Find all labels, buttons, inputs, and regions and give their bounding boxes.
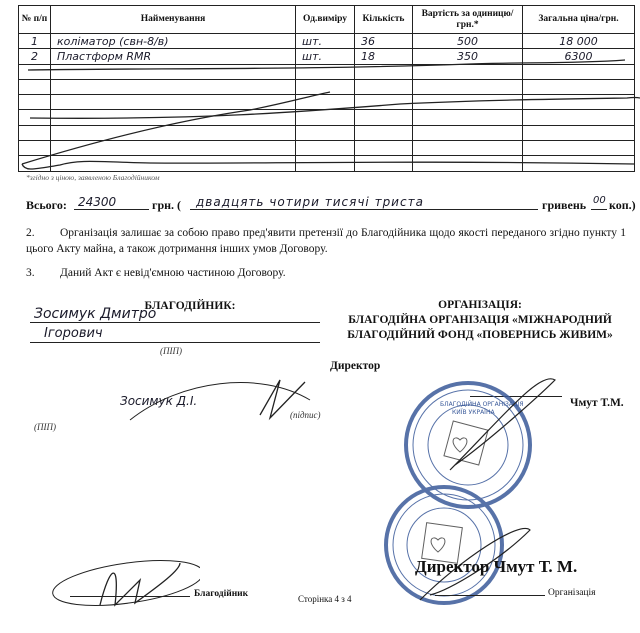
table-row-empty [19,156,635,171]
empty-cell [523,110,635,125]
donor-pib-caption-2: (ПІП) [34,422,56,432]
donor-name-line2: Ігорович [44,326,103,341]
footer-donor-signature [40,555,200,615]
empty-cell [51,95,296,110]
organization-label: Організація [548,588,596,598]
col-header-quantity: Кількість [355,6,413,34]
empty-cell [296,64,355,79]
empty-cell [523,95,635,110]
clause-3: 3.Даний Акт є невід'ємною частиною Догов… [26,265,626,281]
empty-cell [296,79,355,94]
empty-cell [413,141,523,156]
empty-cell [51,79,296,94]
donor-signature-scribble [120,370,320,440]
empty-cell [296,141,355,156]
row-unit: шт. [296,49,355,64]
col-header-total-price: Загальна ціна/грн. [523,6,635,34]
col-header-number: № п/п [19,6,51,34]
row-unit-price: 500 [413,34,523,49]
total-label: Всього: [26,198,67,213]
empty-cell [19,110,51,125]
empty-cell [355,95,413,110]
donor-name-line1: Зосимук Дмитро [34,306,156,322]
row-name: Пластформ RMR [51,49,296,64]
organization-role: Директор [330,360,380,372]
row-name: колімaтор (свн-8/в) [51,34,296,49]
empty-cell [296,110,355,125]
empty-cell [51,110,296,125]
clause-text: Організація залишає за собою право пред'… [26,227,626,255]
table-row-empty [19,95,635,110]
row-number: 1 [19,34,51,49]
empty-cell [19,141,51,156]
empty-cell [413,64,523,79]
clause-number: 2. [26,225,60,241]
empty-cell [19,95,51,110]
empty-cell [355,156,413,171]
empty-cell [413,110,523,125]
empty-cell [523,79,635,94]
table-row: 2 Пластформ RMR шт. 18 350 6300 [19,49,635,64]
organization-name: БЛАГОДІЙНА ОРГАНІЗАЦІЯ «МІЖНАРОДНИЙ БЛАГ… [330,313,630,343]
empty-cell [355,79,413,94]
items-table: № п/п Найменування Од.виміру Кількість В… [18,5,634,170]
col-header-unit-price: Вартість за одиницю/грн.* [413,6,523,34]
empty-cell [413,156,523,171]
clause-2: 2.Організація залишає за собою право пре… [26,225,626,257]
stamp-caption: Директор Чмут Т. М. [415,557,577,577]
kopecks-label: коп.) [609,198,636,213]
table-row-empty [19,64,635,79]
table-row-empty [19,141,635,156]
empty-cell [51,64,296,79]
clause-number: 3. [26,265,60,281]
organization-signer: Чмут Т.М. [570,397,624,409]
empty-cell [19,125,51,140]
empty-cell [19,64,51,79]
row-total: 6300 [523,49,635,64]
empty-cell [355,64,413,79]
empty-cell [296,125,355,140]
empty-cell [355,141,413,156]
table-row-empty [19,79,635,94]
row-quantity: 36 [355,34,413,49]
kopecks-value: 00 [593,195,606,206]
stamp-city: КИЇВ УКРАЇНА [452,409,495,416]
table-footnote: *згідно з ціною, заявленою Благодійником [26,173,160,182]
empty-cell [19,79,51,94]
empty-cell [523,125,635,140]
row-unit: шт. [296,34,355,49]
donor-signature-caption: (підпис) [290,410,321,420]
empty-cell [355,110,413,125]
empty-cell [523,141,635,156]
organization-heading: ОРГАНІЗАЦІЯ: [330,299,630,311]
donor-footer-label: Благодійник [194,589,248,599]
total-amount: 24300 [78,195,116,209]
row-quantity: 18 [355,49,413,64]
hryvnia-label: гривень [542,198,586,213]
empty-cell [296,95,355,110]
total-amount-words: двадцять чотири тисячі триста [196,195,424,209]
empty-cell [51,156,296,171]
table-header-row: № п/п Найменування Од.виміру Кількість В… [19,6,635,34]
empty-cell [19,156,51,171]
empty-cell [413,79,523,94]
donor-pib-caption: (ПІП) [160,346,182,356]
col-header-unit: Од.виміру [296,6,355,34]
empty-cell [523,64,635,79]
total-line: Всього: 24300 грн. ( двадцять чотири тис… [26,193,626,215]
clause-text: Даний Акт є невід'ємною частиною Договор… [60,267,286,279]
row-number: 2 [19,49,51,64]
empty-cell [413,95,523,110]
empty-cell [296,156,355,171]
row-unit-price: 350 [413,49,523,64]
table-row-empty [19,110,635,125]
table-row-empty [19,125,635,140]
page-number: Сторінка 4 з 4 [298,594,352,604]
empty-cell [51,125,296,140]
empty-cell [413,125,523,140]
table-row: 1 колімaтор (свн-8/в) шт. 36 500 18 000 [19,34,635,49]
col-header-name: Найменування [51,6,296,34]
currency-label: грн. ( [152,198,181,213]
empty-cell [523,156,635,171]
empty-cell [51,141,296,156]
row-total: 18 000 [523,34,635,49]
empty-cell [355,125,413,140]
